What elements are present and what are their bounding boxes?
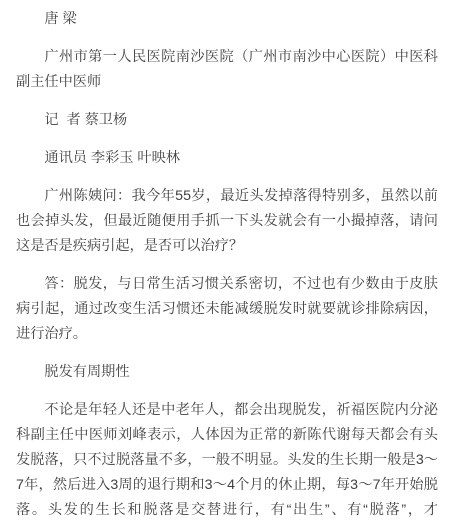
doctor-answer-paragraph: 答：脱发，与日常生活习惯关系密切，不过也有少数由于皮肤病引起，通过改变生活习惯还… xyxy=(16,272,438,347)
reader-question-paragraph: 广州陈姨问：我今年55岁，最近头发掉落得特别多，虽然以前也会掉头发，但最近随便用… xyxy=(16,184,438,259)
byline-reporter: 记 者 蔡卫杨 xyxy=(16,108,438,133)
article-body: 唐 梁 广州市第一人民医院南沙医院（广州市南沙中心医院）中医科副主任中医师 记 … xyxy=(0,7,454,523)
byline-author: 唐 梁 xyxy=(16,7,438,32)
author-affiliation: 广州市第一人民医院南沙医院（广州市南沙中心医院）中医科副主任中医师 xyxy=(16,45,438,95)
section-heading-hair-loss-cycle: 脱发有周期性 xyxy=(16,360,438,385)
body-paragraph-hair-growth-cycle: 不论是年轻人还是中老年人，都会出现脱发，祈福医院内分泌科副主任中医师刘峰表示，人… xyxy=(16,398,438,523)
byline-correspondents: 通讯员 李彩玉 叶映林 xyxy=(16,146,438,171)
